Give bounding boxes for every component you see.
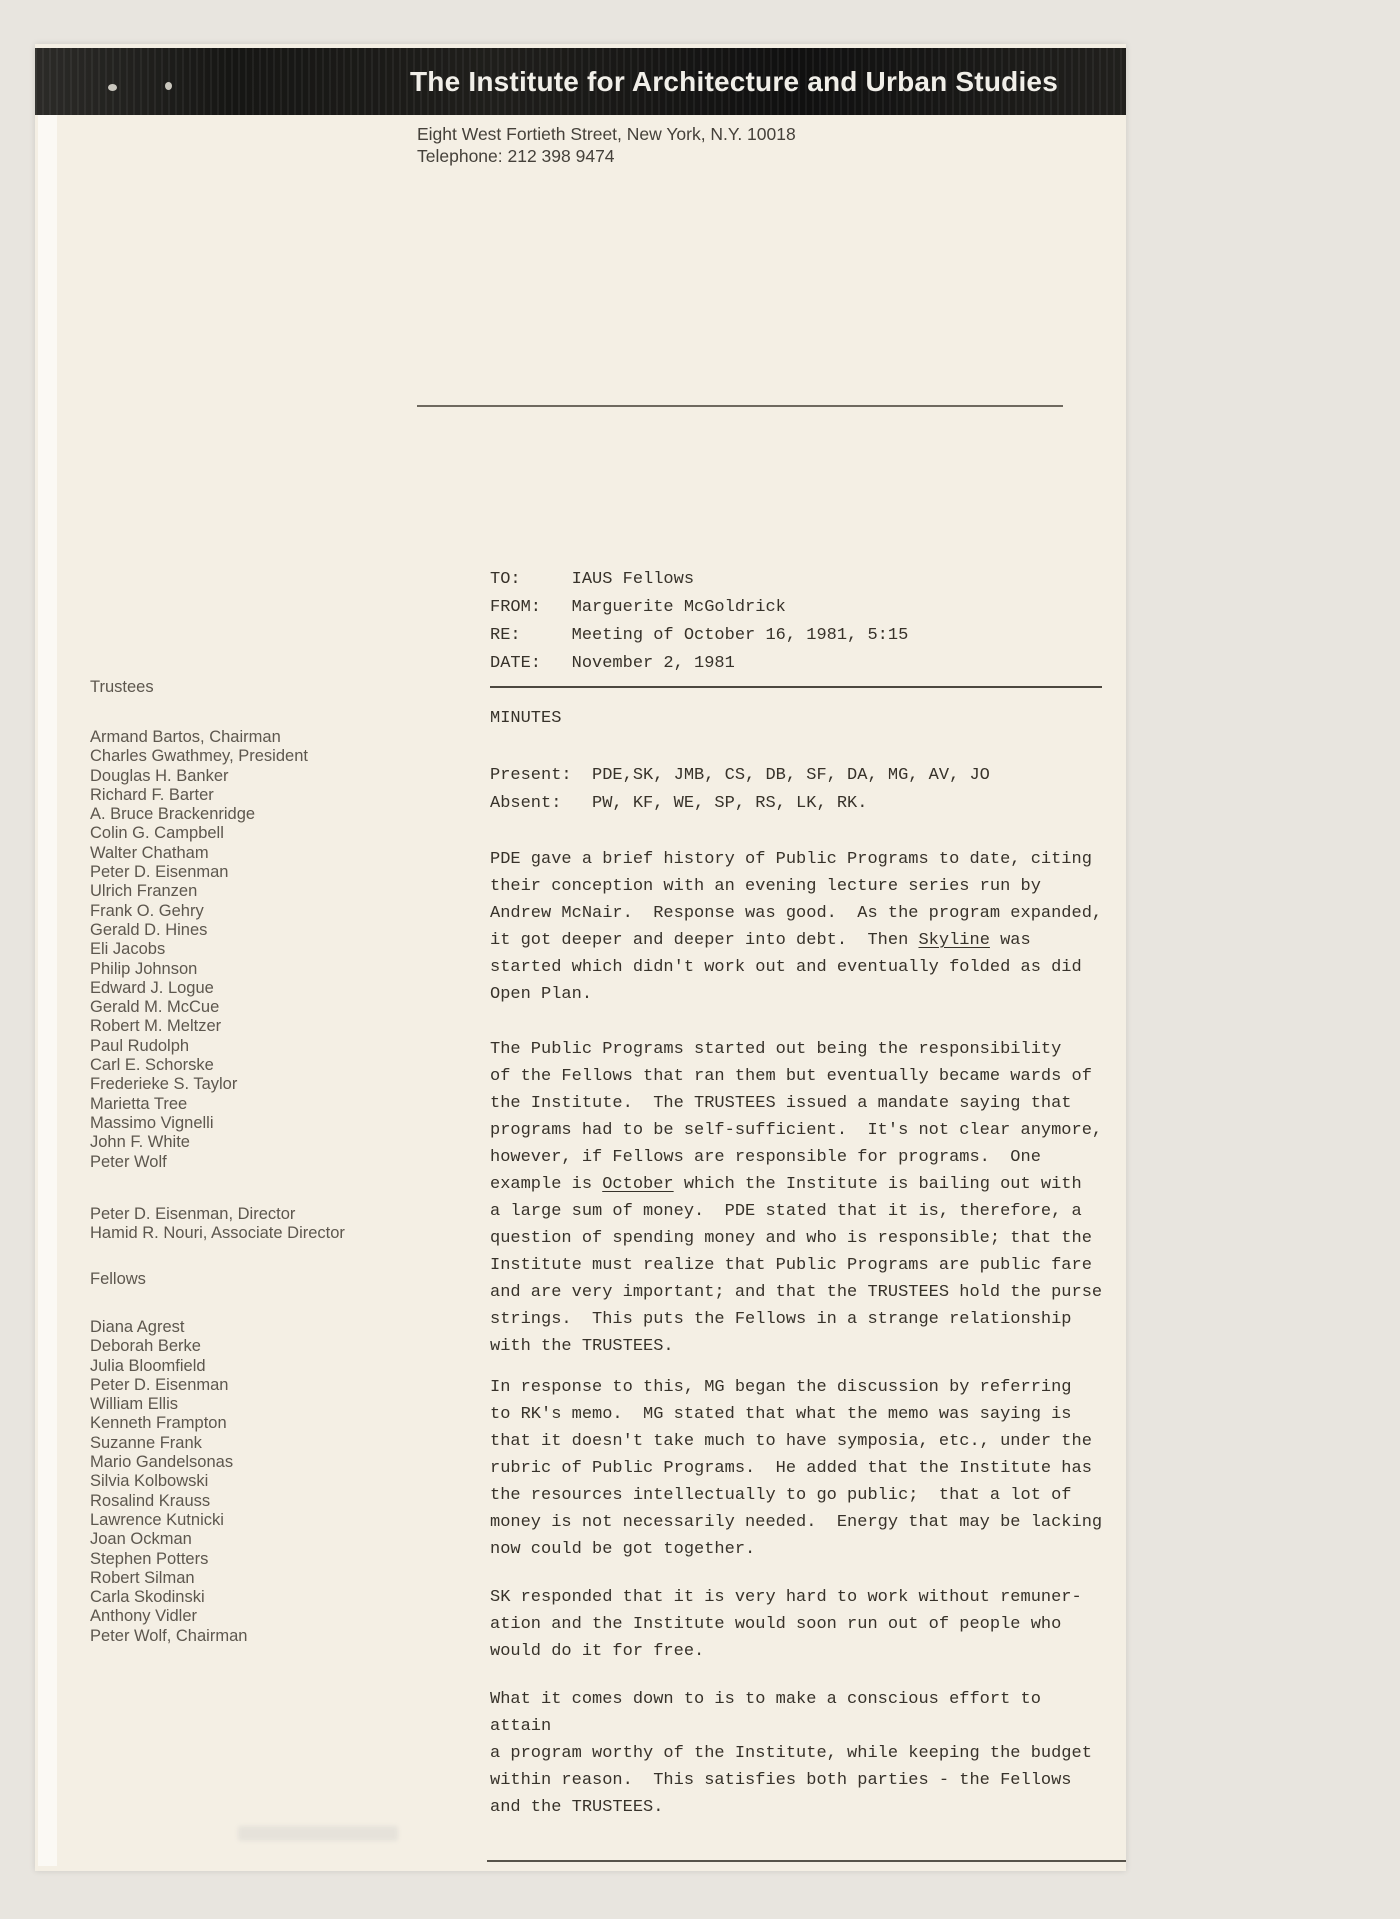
directors-list: Peter D. Eisenman, DirectorHamid R. Nour… <box>90 1205 400 1244</box>
trustees-heading: Trustees <box>90 678 154 697</box>
scanned-memo-page: The Institute for Architecture and Urban… <box>0 0 1400 1919</box>
memo-paragraph: The Public Programs started out being th… <box>490 1036 1105 1360</box>
minutes-heading: MINUTES <box>490 705 1105 733</box>
letterhead-rule <box>417 405 1063 407</box>
list-item: Peter D. Eisenman <box>90 1376 400 1395</box>
list-item: William Ellis <box>90 1395 400 1414</box>
list-item: Robert M. Meltzer <box>90 1017 400 1036</box>
list-item: Douglas H. Banker <box>90 767 400 786</box>
list-item: Deborah Berke <box>90 1337 400 1356</box>
list-item: Hamid R. Nouri, Associate Director <box>90 1224 400 1243</box>
list-item: Suzanne Frank <box>90 1434 400 1453</box>
list-item: Joan Ockman <box>90 1530 400 1549</box>
list-item: Charles Gwathmey, President <box>90 747 400 766</box>
list-item: Gerald M. McCue <box>90 998 400 1017</box>
list-item: Colin G. Campbell <box>90 824 400 843</box>
footer-rule <box>487 1860 1126 1862</box>
list-item: Frederieke S. Taylor <box>90 1075 400 1094</box>
list-item: Edward J. Logue <box>90 979 400 998</box>
list-item: John F. White <box>90 1133 400 1152</box>
list-item: Rosalind Krauss <box>90 1492 400 1511</box>
list-item: Peter Wolf <box>90 1153 400 1172</box>
list-item: Julia Bloomfield <box>90 1357 400 1376</box>
list-item: Carla Skodinski <box>90 1588 400 1607</box>
memo-paragraph: What it comes down to is to make a consc… <box>490 1686 1105 1821</box>
list-item: Marietta Tree <box>90 1095 400 1114</box>
list-item: Ulrich Franzen <box>90 882 400 901</box>
list-item: Diana Agrest <box>90 1318 400 1337</box>
attendance-block: Present: PDE,SK, JMB, CS, DB, SF, DA, MG… <box>490 762 1105 818</box>
fellows-heading: Fellows <box>90 1270 146 1289</box>
scan-speck <box>165 82 172 90</box>
list-item: Peter Wolf, Chairman <box>90 1627 400 1646</box>
list-item: Walter Chatham <box>90 844 400 863</box>
list-item: Robert Silman <box>90 1569 400 1588</box>
list-item: Stephen Potters <box>90 1550 400 1569</box>
paper-edge-highlight <box>38 114 57 1866</box>
memo-paragraph: In response to this, MG began the discus… <box>490 1374 1105 1563</box>
list-item: Richard F. Barter <box>90 786 400 805</box>
list-item: Anthony Vidler <box>90 1607 400 1626</box>
scan-speck <box>108 84 117 91</box>
memo-header-block: TO: IAUS Fellows FROM: Marguerite McGold… <box>490 566 1102 688</box>
list-item: Peter D. Eisenman <box>90 863 400 882</box>
list-item: Carl E. Schorske <box>90 1056 400 1075</box>
list-item: Peter D. Eisenman, Director <box>90 1205 400 1224</box>
fellows-list: Diana AgrestDeborah BerkeJulia Bloomfiel… <box>90 1318 400 1646</box>
list-item: A. Bruce Brackenridge <box>90 805 400 824</box>
list-item: Philip Johnson <box>90 960 400 979</box>
memo-paragraph: SK responded that it is very hard to wor… <box>490 1584 1105 1665</box>
trustees-list: Armand Bartos, ChairmanCharles Gwathmey,… <box>90 728 400 1172</box>
list-item: Frank O. Gehry <box>90 902 400 921</box>
list-item: Eli Jacobs <box>90 940 400 959</box>
list-item: Armand Bartos, Chairman <box>90 728 400 747</box>
list-item: Kenneth Frampton <box>90 1414 400 1433</box>
letterhead-address: Eight West Fortieth Street, New York, N.… <box>417 123 796 167</box>
list-item: Lawrence Kutnicki <box>90 1511 400 1530</box>
memo-paragraph: PDE gave a brief history of Public Progr… <box>490 846 1105 1008</box>
list-item: Massimo Vignelli <box>90 1114 400 1133</box>
list-item: Mario Gandelsonas <box>90 1453 400 1472</box>
list-item: Paul Rudolph <box>90 1037 400 1056</box>
letterhead-band: The Institute for Architecture and Urban… <box>35 48 1126 115</box>
list-item: Gerald D. Hines <box>90 921 400 940</box>
faint-pencil-mark <box>238 1826 398 1841</box>
list-item: Silvia Kolbowski <box>90 1472 400 1491</box>
org-name: The Institute for Architecture and Urban… <box>410 48 1058 115</box>
